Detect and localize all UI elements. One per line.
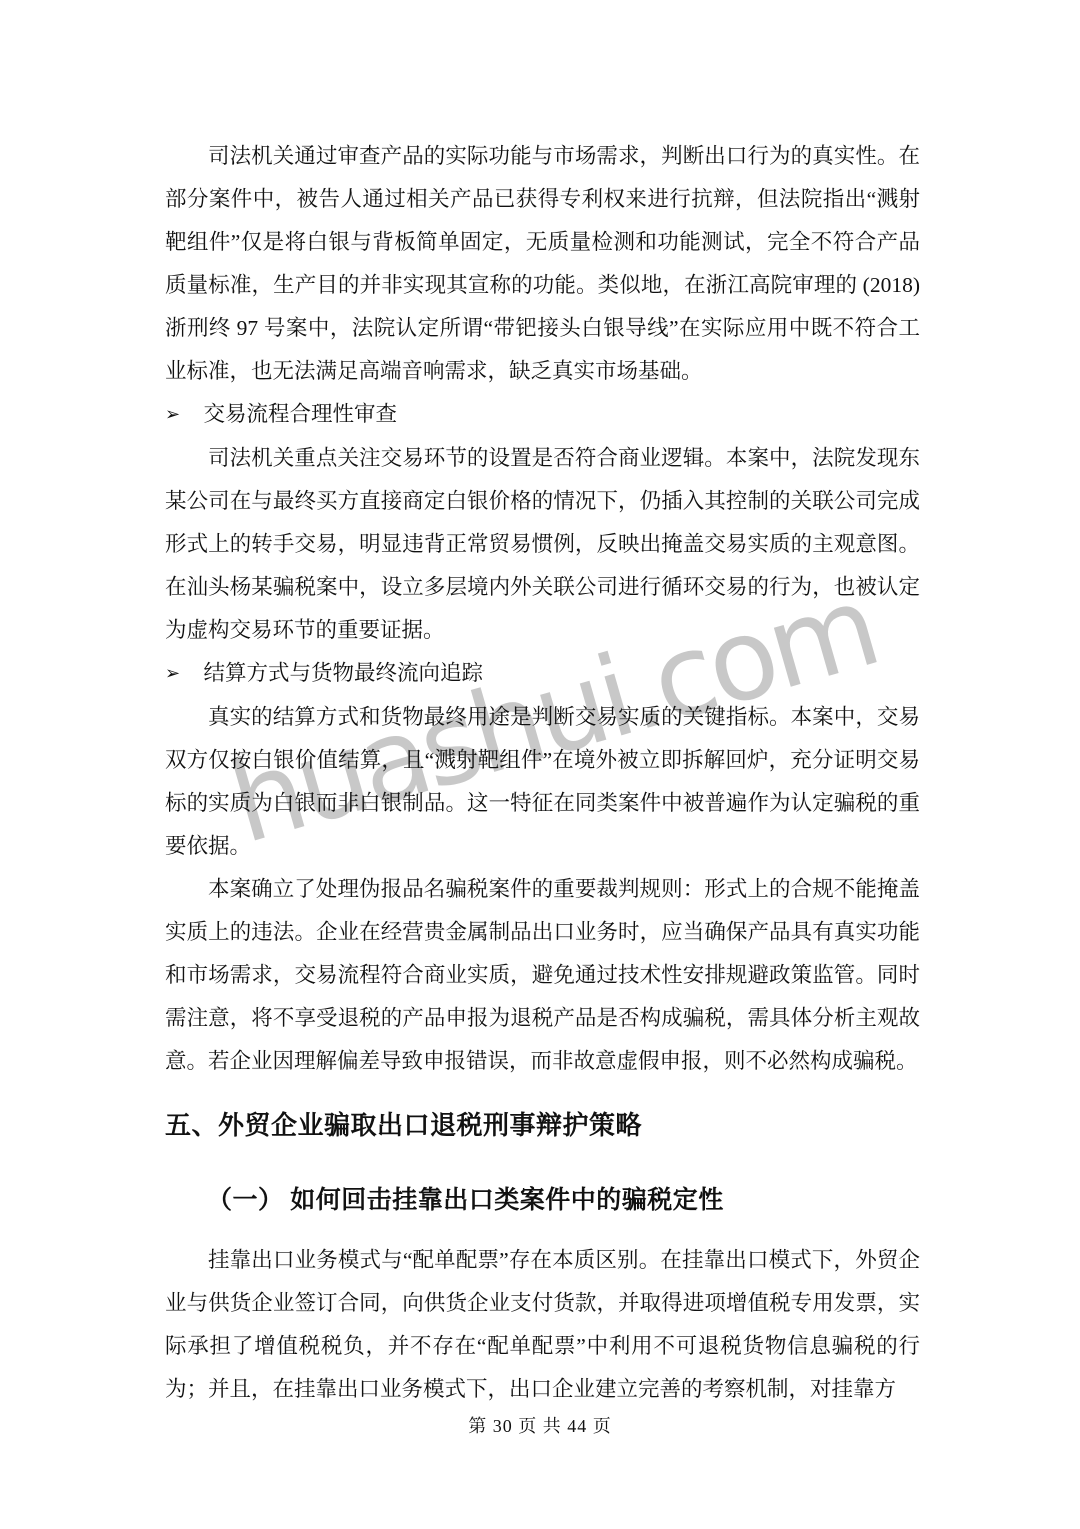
- bullet-item-label: 结算方式与货物最终流向追踪: [203, 661, 483, 685]
- arrowhead-bullet-icon: ➢: [165, 393, 180, 436]
- arrowhead-bullet-icon: ➢: [165, 652, 180, 695]
- paragraph-transaction-logic: 司法机关重点关注交易环节的设置是否符合商业逻辑。本案中，法院发现东某公司在与最终…: [165, 437, 920, 652]
- paragraph-ruling-rule: 本案确立了处理伪报品名骗税案件的重要裁判规则：形式上的合规不能掩盖实质上的违法。…: [165, 868, 920, 1083]
- bullet-item-transaction-flow: ➢ 交易流程合理性审查: [165, 393, 920, 437]
- page-footer: 第 30 页 共 44 页: [0, 1412, 1080, 1438]
- paragraph-affiliated-export: 挂靠出口业务模式与“配单配票”存在本质区别。在挂靠出口模式下，外贸企业与供货企业…: [165, 1239, 920, 1411]
- document-content: 司法机关通过审查产品的实际功能与市场需求，判断出口行为的真实性。在部分案件中，被…: [165, 135, 920, 1411]
- section-heading: 五、外贸企业骗取出口退税刑事辩护策略: [165, 1108, 920, 1144]
- bullet-item-label: 交易流程合理性审查: [203, 402, 397, 426]
- document-page: huashui.com 司法机关通过审查产品的实际功能与市场需求，判断出口行为的…: [0, 0, 1080, 1529]
- paragraph-judicial-review: 司法机关通过审查产品的实际功能与市场需求，判断出口行为的真实性。在部分案件中，被…: [165, 135, 920, 393]
- paragraph-settlement-analysis: 真实的结算方式和货物最终用途是判断交易实质的关键指标。本案中，交易双方仅按白银价…: [165, 696, 920, 868]
- bullet-item-settlement-tracking: ➢ 结算方式与货物最终流向追踪: [165, 652, 920, 696]
- subsection-heading: （一） 如何回击挂靠出口类案件中的骗税定性: [207, 1184, 920, 1218]
